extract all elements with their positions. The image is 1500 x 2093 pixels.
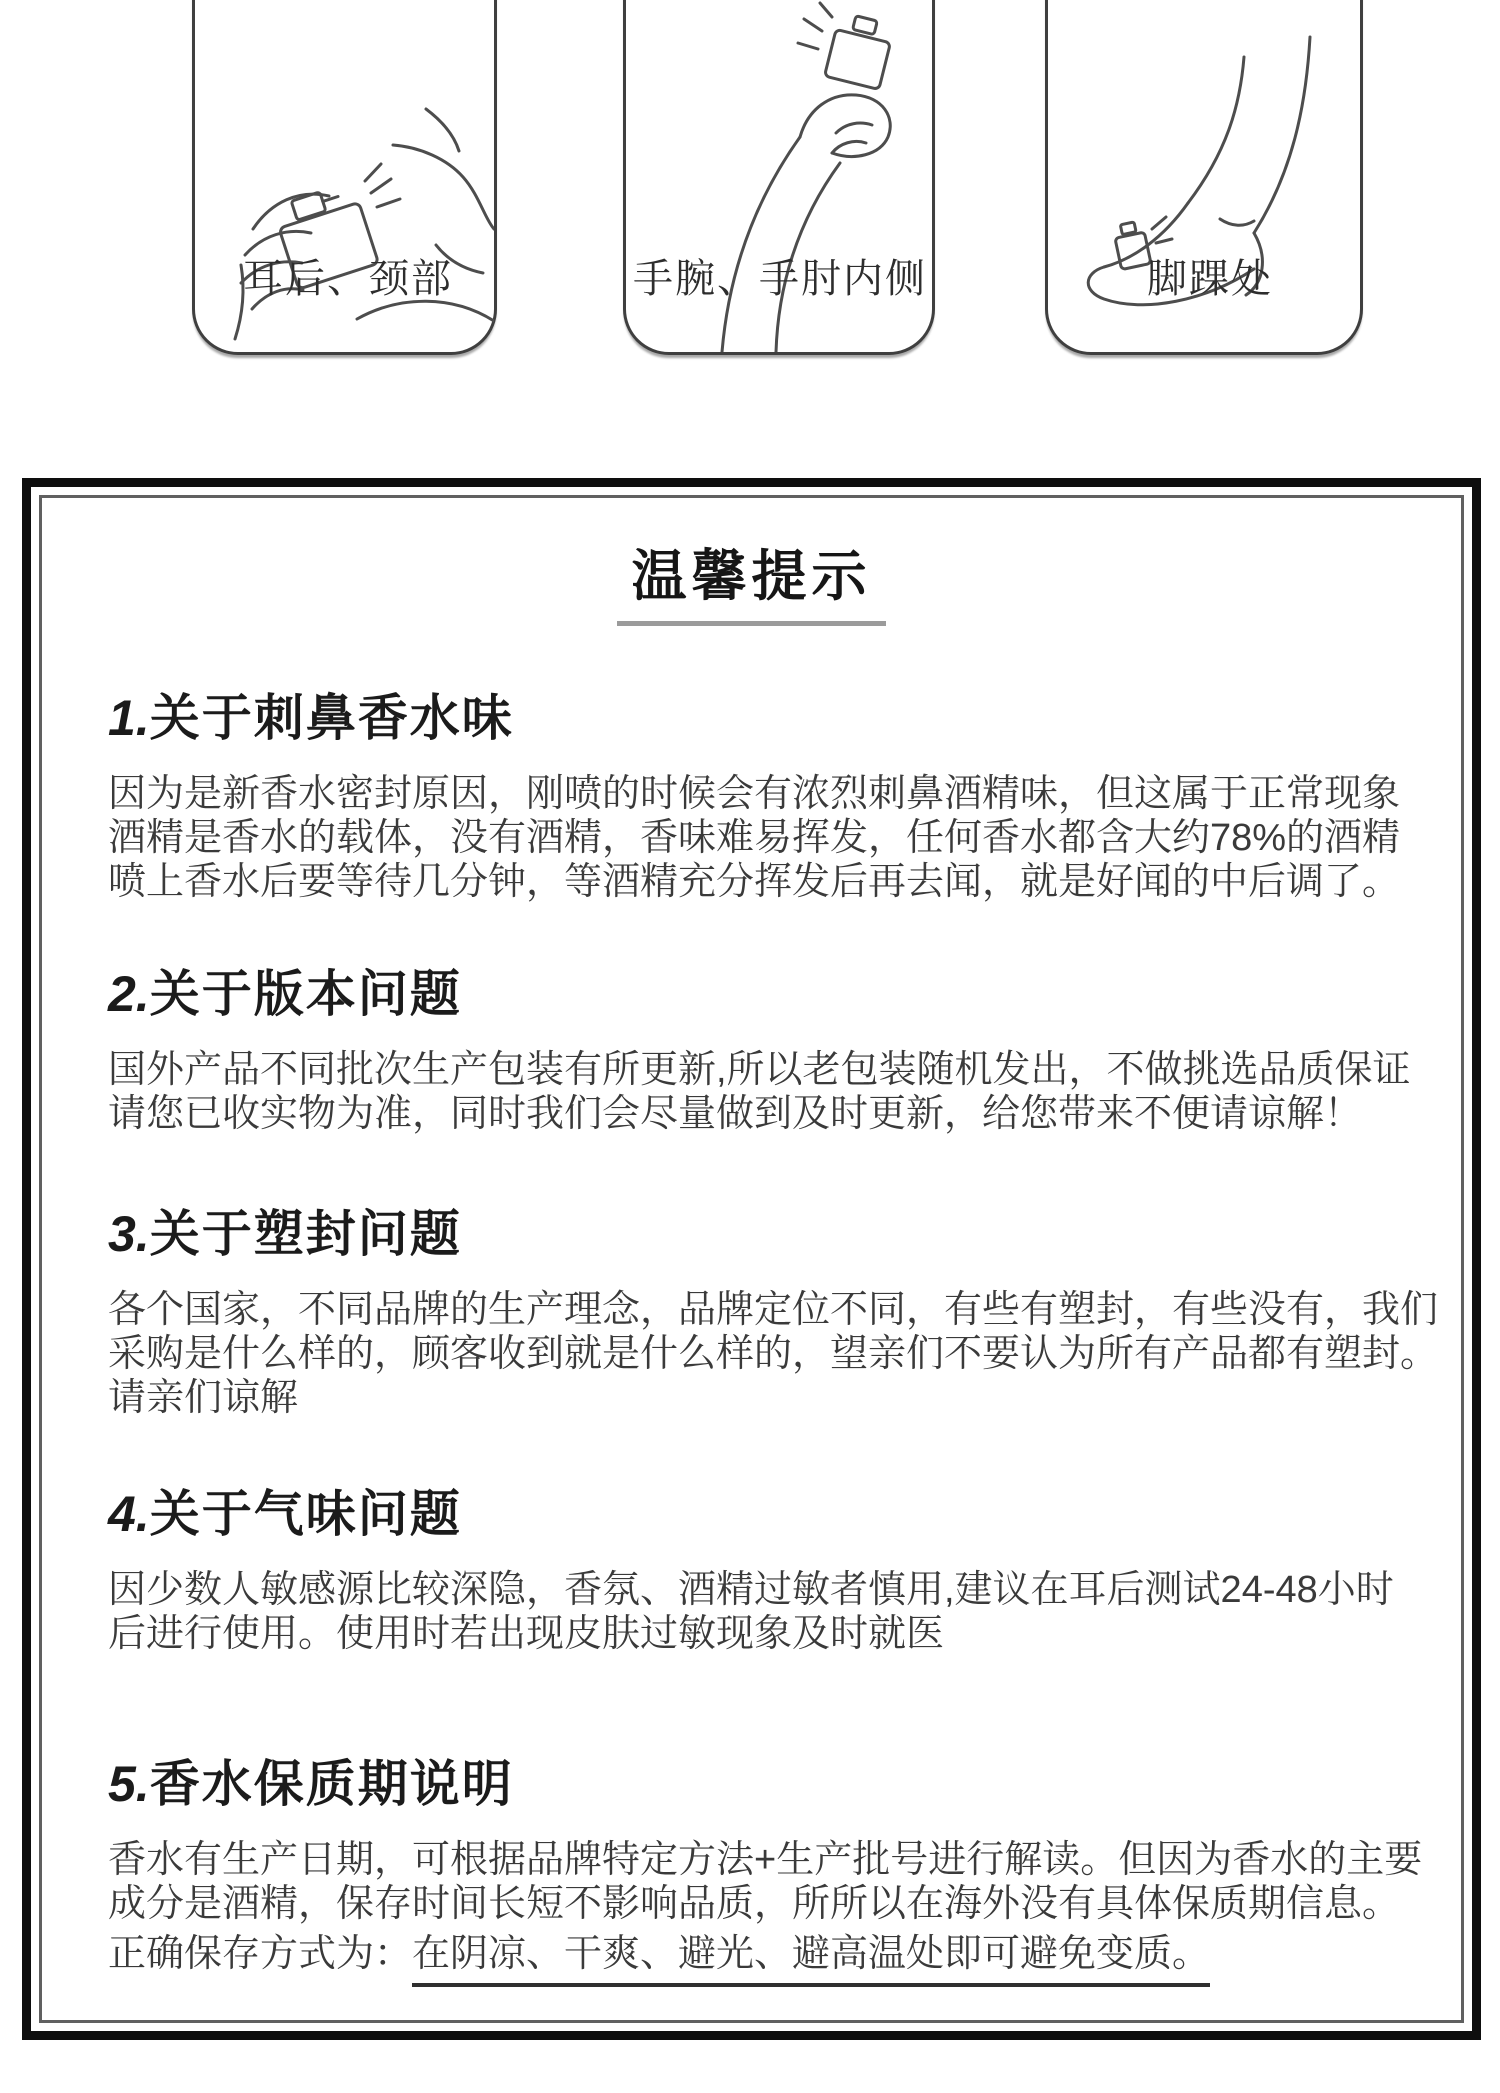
storage-line-prefix: 正确保存方式为： <box>108 1933 412 1975</box>
section-2-number: 2. <box>108 966 150 1022</box>
section-3-heading-text: 关于塑封问题 <box>150 1206 462 1262</box>
section-2-heading-text: 关于版本问题 <box>150 966 462 1022</box>
spot-label-ear-neck: 耳后、颈部 <box>243 247 453 304</box>
section-2-heading: 2.关于版本问题 <box>108 966 1453 1022</box>
spot-label-wrist-elbow: 手腕、手肘内侧 <box>633 247 927 304</box>
section-4-body: 因少数人敏感源比较深隐，香氛、酒精过敏者慎用,建议在耳后测试24-48小时 后进… <box>108 1568 1453 1656</box>
section-5-heading: 5.香水保质期说明 <box>108 1756 1453 1812</box>
section-5-number: 5. <box>108 1756 150 1812</box>
product-detail-page: 耳后、颈部 手腕、手肘内侧 脚踝处 温馨提示 1.关于刺鼻香水味 因为是新香水密… <box>0 0 1500 2093</box>
section-4-heading: 4.关于气味问题 <box>108 1486 1453 1542</box>
section-4-heading-text: 关于气味问题 <box>150 1486 462 1542</box>
storage-line-underlined: 在阴凉、干爽、避光、避高温处即可避免变质。 <box>412 1933 1210 1987</box>
section-1-body: 因为是新香水密封原因，刚喷的时候会有浓烈刺鼻酒精味，但这属于正常现象 酒精是香水… <box>108 772 1453 904</box>
section-3-heading: 3.关于塑封问题 <box>108 1206 1453 1262</box>
tips-box: 温馨提示 1.关于刺鼻香水味 因为是新香水密封原因，刚喷的时候会有浓烈刺鼻酒精味… <box>22 478 1481 2040</box>
tips-box-inner: 温馨提示 1.关于刺鼻香水味 因为是新香水密封原因，刚喷的时候会有浓烈刺鼻酒精味… <box>39 495 1464 2023</box>
section-1-number: 1. <box>108 690 150 746</box>
section-2-body: 国外产品不同批次生产包装有所更新,所以老包装随机发出，不做挑选品质保证 请您已收… <box>108 1048 1453 1136</box>
section-4-number: 4. <box>108 1486 150 1542</box>
section-1-heading: 1.关于刺鼻香水味 <box>108 690 1453 746</box>
tips-title-wrap: 温馨提示 <box>108 532 1395 626</box>
section-3-body: 各个国家，不同品牌的生产理念，品牌定位不同，有些有塑封，有些没有，我们 采购是什… <box>108 1288 1453 1420</box>
section-1-heading-text: 关于刺鼻香水味 <box>150 690 514 746</box>
section-3-number: 3. <box>108 1206 150 1262</box>
section-5-storage-line: 正确保存方式为：在阴凉、干爽、避光、避高温处即可避免变质。 <box>108 1932 1453 1976</box>
section-5-body: 香水有生产日期，可根据品牌特定方法+生产批号进行解读。但因为香水的主要 成分是酒… <box>108 1838 1453 1926</box>
spot-label-ankle: 脚踝处 <box>1147 247 1273 304</box>
tips-title: 温馨提示 <box>617 532 885 626</box>
section-5-heading-text: 香水保质期说明 <box>150 1756 514 1812</box>
